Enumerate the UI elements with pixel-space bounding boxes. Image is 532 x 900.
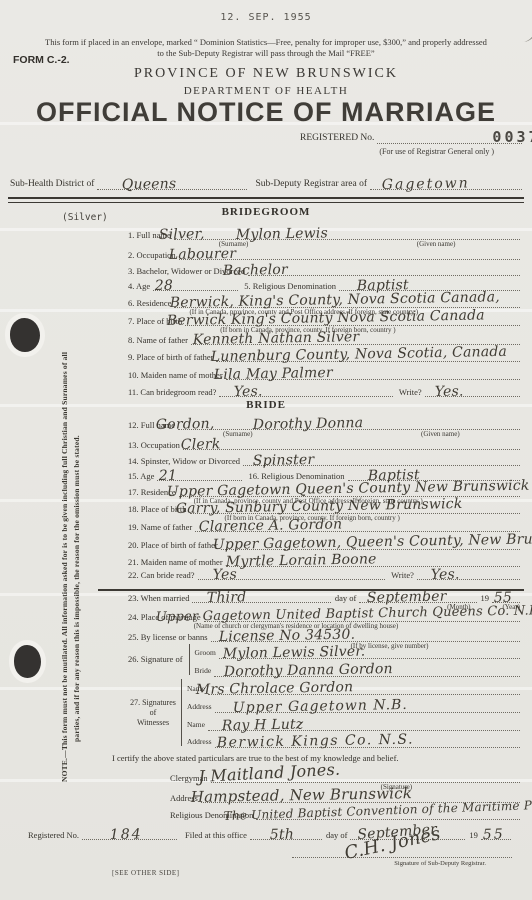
section-divider: [8, 197, 524, 203]
handwritten-witness-name: Mrs Chrolace Gordon: [196, 679, 354, 698]
province-heading: PROVINCE OF NEW BRUNSWICK: [0, 66, 532, 82]
field-21-mother-maiden-name: 21. Maiden name of mother Myrtle Lorain …: [128, 550, 520, 567]
field-17-residence: 17. Residence Upper Gagetown Queen's Cou…: [128, 481, 520, 497]
field-label: 26. Signature of: [128, 655, 186, 664]
field-19-father-name: 19. Name of father Clarence A. Gordon: [128, 514, 520, 532]
witnesses-label-line3: Witnesses: [128, 718, 178, 728]
field-20-father-birthplace: 20. Place of birth of father Upper Gaget…: [128, 532, 520, 550]
registrar-signature-block: C.H. Jones Signature of Sub-Deputy Regis…: [292, 840, 520, 866]
mail-note-line2: to the Sub-Deputy Registrar will pass th…: [0, 48, 532, 58]
registrar-signature-note: Signature of Sub-Deputy Registrar.: [394, 860, 486, 867]
field-9-father-birthplace: 9. Place of birth of father Lunenburg Co…: [128, 345, 520, 362]
bride-label: Bride: [195, 666, 215, 677]
name-label: Name: [187, 720, 208, 731]
field-line: 184: [82, 839, 177, 840]
clergyman-address-row: Address Hampstead, New Brunswick: [28, 783, 520, 803]
groom-signature-row: Groom Mylon Lewis Silver.: [195, 642, 520, 659]
handwritten-witness-address: Upper Gagetown N.B.: [232, 697, 407, 716]
year-prefix: 19: [477, 594, 493, 604]
field-label: 13. Occupation: [128, 441, 183, 451]
field-line: Yes.: [219, 396, 392, 397]
field-3-marital-status: 3. Bachelor, Widower or Divorced Bachelo…: [128, 260, 520, 276]
field-line: Mrs Chrolace Gordon: [208, 694, 520, 695]
margin-note-line1: NOTE.—This form must not be mutilated. A…: [60, 352, 69, 782]
field-2-occupation: 2. Occupation Labourer: [128, 240, 520, 260]
field-label: 21. Maiden name of mother: [128, 558, 226, 568]
punch-hole: [10, 318, 40, 352]
field-23-when-married: 23. When married Third day of September …: [128, 591, 520, 603]
handwritten-registered-no: 184: [110, 826, 143, 843]
field-25-license-or-banns: 25. By license or banns License No 34530…: [128, 622, 520, 642]
handwritten-district: Queens: [122, 176, 177, 193]
write-label: Write?: [385, 571, 417, 581]
certify-statement: I certify the above stated particulars a…: [112, 754, 402, 764]
field-line: Ray H Lutz: [208, 730, 520, 731]
field-label: 8. Name of father: [128, 336, 191, 346]
groom-label: Groom: [195, 648, 219, 659]
field-label: 5. Religious Denomination: [238, 282, 339, 292]
handwritten-filed-day: 5th: [270, 827, 294, 843]
field-7-place-of-birth: 7. Place of birth Berwick King's County …: [128, 308, 520, 326]
witnesses-label: 27. Signatures of Witnesses: [128, 698, 178, 728]
district-row: Sub-Health District of Queens Sub-Deputy…: [10, 172, 522, 190]
handwritten-area: Gagetown: [382, 175, 470, 193]
field-6-residence: 6. Residence Berwick, King's County, Nov…: [128, 291, 520, 308]
field-line: Mylon Lewis Silver.: [219, 658, 520, 659]
bridegroom-heading: BRIDEGROOM: [0, 206, 532, 220]
write-label: Write?: [393, 388, 425, 398]
handwritten-read: Yes.: [234, 384, 263, 400]
handwritten-write: Yes.: [434, 384, 463, 400]
signature-line: [292, 857, 512, 858]
day-of-label: day of: [322, 831, 350, 841]
field-label: 11. Can bridegroom read?: [128, 388, 219, 398]
field-label: 6. Residence: [128, 299, 174, 309]
field-label: 16. Religious Denomination: [242, 472, 347, 482]
witness-1-address-row: Address Upper Gagetown N.B.: [187, 695, 520, 713]
handwritten-witness-name: Ray H Lutz: [222, 717, 304, 734]
margin-note-line2: parties, and if for any reason this is i…: [72, 435, 81, 742]
see-other-side-note: [SEE OTHER SIDE]: [112, 869, 180, 877]
form-body: BRIDEGROOM 1. Full name Silver, Mylon Le…: [128, 206, 520, 748]
punch-hole: [14, 645, 41, 678]
field-label: 25. By license or banns: [128, 633, 211, 643]
address-label: Address: [187, 702, 215, 713]
day-of-label: day of: [331, 594, 359, 604]
field-label: 23. When married: [128, 594, 192, 604]
field-27-witnesses: 27. Signatures of Witnesses Name Mrs Chr…: [128, 677, 520, 748]
witnesses-label-line1: 27. Signatures: [128, 698, 178, 708]
field-13-occupation: 13. Occupation Clerk: [128, 430, 520, 450]
field-26-signatures: 26. Signature of Groom Mylon Lewis Silve…: [128, 642, 520, 677]
area-line: Gagetown: [370, 189, 522, 190]
certification-section: I certify the above stated particulars a…: [28, 746, 520, 866]
page-title: OFFICIAL NOTICE OF MARRIAGE: [0, 97, 532, 128]
mail-note-line1: This form if placed in an envelope, mark…: [0, 37, 532, 47]
field-line: Yes: [198, 579, 386, 580]
field-4-5-age-denomination: 4. Age 28 5. Religious Denomination Bapt…: [128, 276, 520, 291]
field-22-can-read-write: 22. Can bride read? Yes Write? Yes.: [128, 567, 520, 580]
witnesses-label-line2: of: [128, 708, 178, 718]
handwritten-groom-signature: Mylon Lewis Silver.: [223, 644, 366, 662]
registered-label: Registered No.: [28, 831, 82, 841]
field-label: 20. Place of birth of father: [128, 541, 221, 551]
clergyman-row: Clergyman J Maitland Jones. (Signature): [28, 763, 520, 783]
registered-no-row: REGISTERED No. 003766: [300, 128, 522, 144]
field-line: Yes.: [425, 396, 520, 397]
year-prefix: 19: [465, 831, 481, 841]
district-line: Queens: [97, 189, 247, 190]
scanned-marriage-form: NOTE.—This form must not be mutilated. A…: [0, 0, 532, 900]
handwritten-write: Yes.: [431, 567, 460, 583]
field-label: 10. Maiden name of mother: [128, 371, 226, 381]
field-label: 14. Spinster, Widow or Divorced: [128, 457, 243, 467]
field-line: Yes.: [417, 579, 520, 580]
field-label: 9. Place of birth of father: [128, 353, 216, 363]
denomination-row: Religious Denomination The United Baptis…: [28, 803, 520, 820]
field-11-can-read-write: 11. Can bridegroom read? Yes. Write? Yes…: [128, 380, 520, 397]
field-14-marital-status: 14. Spinster, Widow or Divorced Spinster: [128, 450, 520, 466]
witness-1-name-row: Name Mrs Chrolace Gordon: [187, 677, 520, 695]
department-heading: DEPARTMENT OF HEALTH: [0, 85, 532, 97]
area-label: Sub-Deputy Registrar area of: [247, 180, 370, 191]
district-label: Sub-Health District of: [10, 180, 97, 191]
field-label: 4. Age: [128, 282, 153, 292]
field-label: 15. Age: [128, 472, 157, 482]
form-number: FORM C.-2.: [13, 54, 70, 66]
bracket: [181, 679, 182, 746]
bracket: [189, 644, 190, 675]
bride-signature-row: Bride Dorothy Danna Gordon: [195, 659, 520, 677]
registrar-general-note: (For use of Registrar General only ): [379, 147, 494, 156]
field-label: 22. Can bride read?: [128, 571, 198, 581]
field-8-father-name: 8. Name of father Kenneth Nathan Silver: [128, 326, 520, 345]
certify-statement-row: I certify the above stated particulars a…: [28, 746, 520, 763]
field-18-place-of-birth: 18. Place of birth Garry, Sunbury County…: [128, 497, 520, 514]
registered-no-stamp: 003766: [492, 128, 532, 146]
field-label: 19. Name of father: [128, 523, 195, 533]
field-line: Upper Gagetown N.B.: [215, 712, 520, 713]
registered-no-label: REGISTERED No.: [300, 134, 377, 145]
field-24-place-of-marriage: 24. Place of marriage Upper Gagetown Uni…: [128, 603, 520, 622]
handwritten-read: Yes: [212, 567, 236, 583]
field-10-mother-maiden-name: 10. Maiden name of mother Lila May Palme…: [128, 362, 520, 380]
field-1-full-name: 1. Full name Silver, Mylon Lewis (Surnam…: [128, 220, 520, 240]
date-stamp: 12. SEP. 1955: [220, 12, 311, 23]
registered-filed-row: Registered No. 184 Filed at this office …: [28, 820, 520, 840]
registered-no-line: 003766: [377, 143, 522, 144]
filed-label: Filed at this office: [177, 831, 250, 841]
field-12-full-name: 12. Full name Gordon, Dorothy Donna (Sur…: [128, 415, 520, 430]
